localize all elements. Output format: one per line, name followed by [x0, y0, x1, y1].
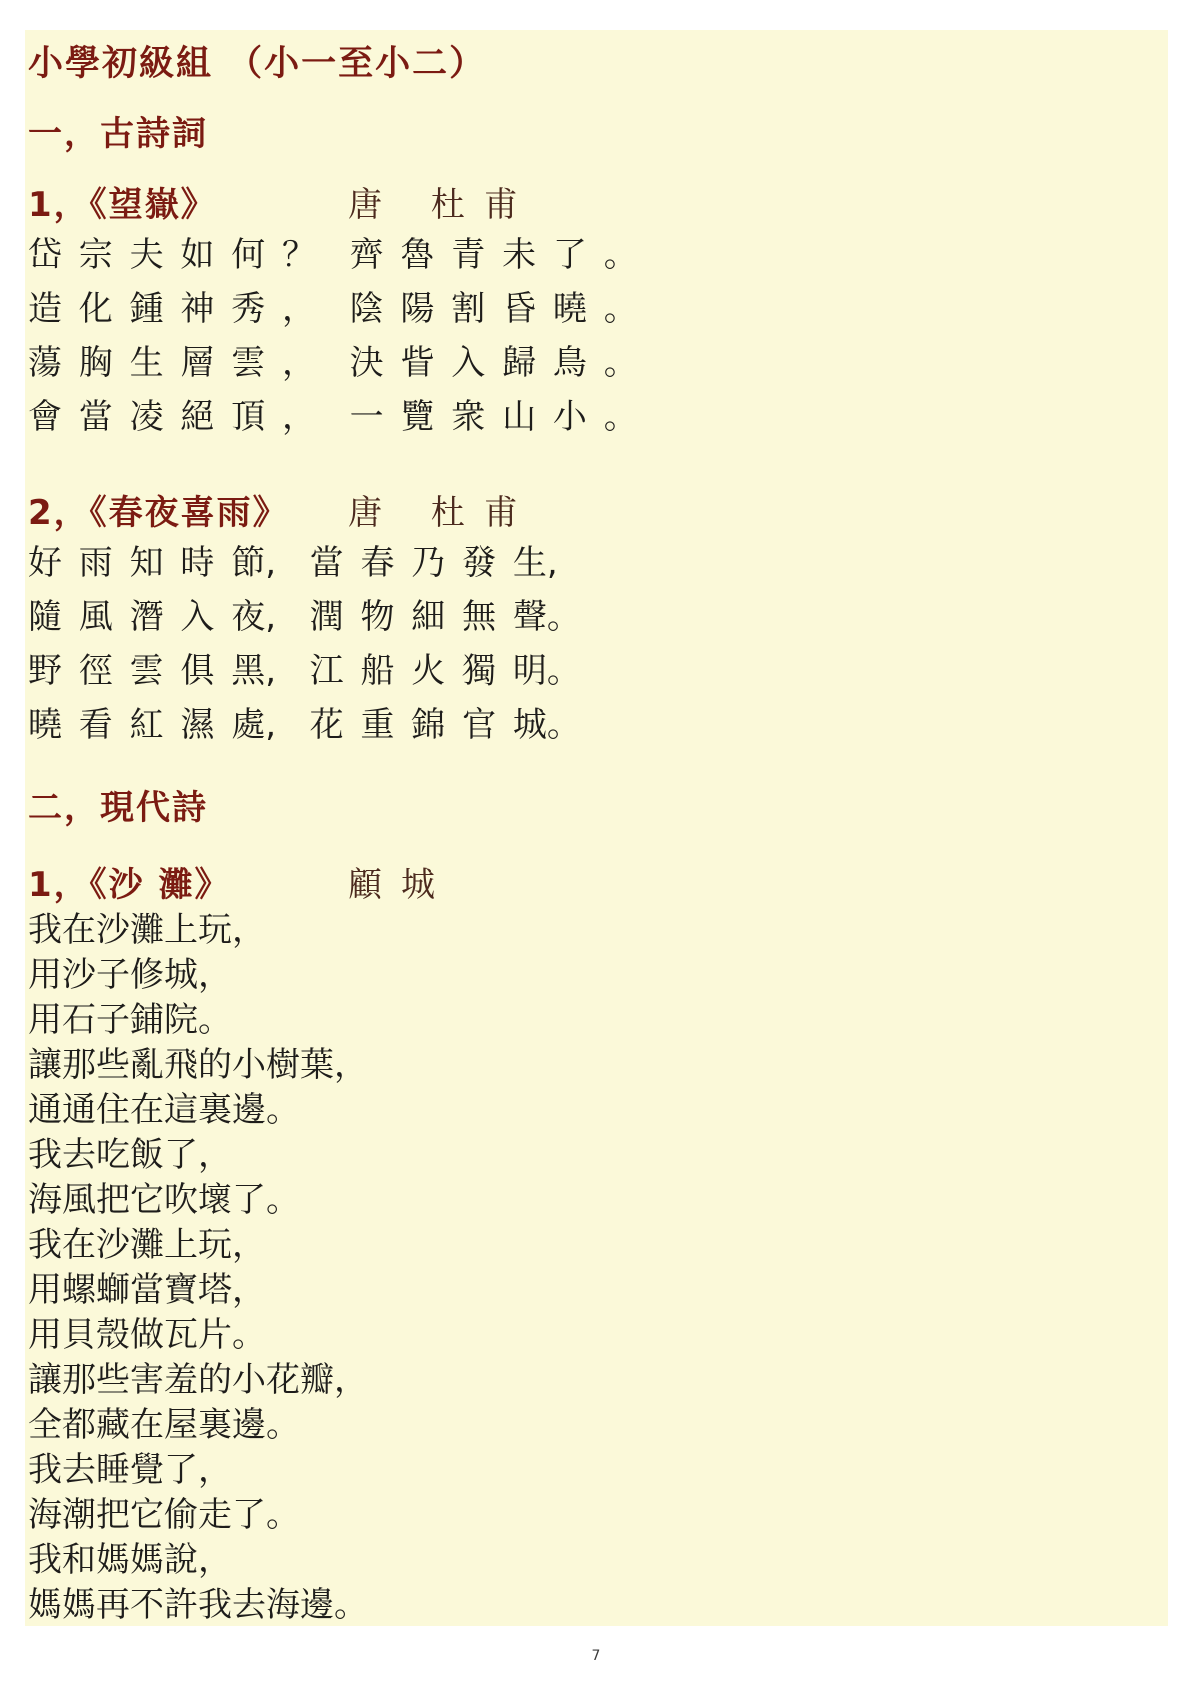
poem-author: 唐 杜甫 — [348, 490, 537, 536]
poem-line: 用沙子修城， — [28, 953, 1162, 998]
poem-line: 通通住在這裏邊。 — [28, 1088, 1162, 1133]
poem-line: 我和媽媽說， — [28, 1538, 1162, 1583]
poem-line: 媽媽再不許我去海邊。 — [28, 1583, 1162, 1626]
poem-line: 用石子鋪院。 — [28, 998, 1162, 1043]
poem-line: 隨 風 潛 入 夜, 潤 物 細 無 聲。 — [28, 590, 1162, 644]
poem-line: 我在沙灘上玩， — [28, 1223, 1162, 1268]
section-heading-modern: 二，現代詩 — [28, 788, 1162, 828]
poem-line: 蕩 胸 生 層 雲 ， 決 眥 入 歸 鳥 。 — [28, 336, 1162, 390]
section-heading-classical: 一，古詩詞 — [28, 114, 1162, 154]
group-title: 小學初級組 （小一至小二） — [28, 44, 1162, 84]
poem-line: 海潮把它偷走了。 — [28, 1493, 1162, 1538]
poem-line: 岱 宗 夫 如 何 ？ 齊 魯 青 未 了 。 — [28, 228, 1162, 282]
document-page: 小學初級組 （小一至小二） 一，古詩詞 1，《望嶽》 唐 杜甫 岱 宗 夫 如 … — [0, 0, 1192, 1684]
poem-title: 1，《望嶽》 — [28, 182, 348, 228]
poem-line: 我在沙灘上玩， — [28, 908, 1162, 953]
page-number: 7 — [0, 1648, 1192, 1664]
poem-title: 2，《春夜喜雨》 — [28, 490, 348, 536]
poem-line: 讓那些亂飛的小樹葉， — [28, 1043, 1162, 1088]
poem-line: 我去吃飯了， — [28, 1133, 1162, 1178]
poem-line: 海風把它吹壞了。 — [28, 1178, 1162, 1223]
poem-line: 用螺螄當寶塔， — [28, 1268, 1162, 1313]
poem-line: 讓那些害羞的小花瓣， — [28, 1358, 1162, 1403]
poem-author: 顧城 — [348, 862, 454, 908]
poem-title-row: 1，《沙 灘》 顧城 — [28, 862, 1162, 908]
content-area: 小學初級組 （小一至小二） 一，古詩詞 1，《望嶽》 唐 杜甫 岱 宗 夫 如 … — [25, 30, 1168, 1626]
poem-line: 好 雨 知 時 節, 當 春 乃 發 生, — [28, 536, 1162, 590]
poem-body: 岱 宗 夫 如 何 ？ 齊 魯 青 未 了 。 造 化 鍾 神 秀 ， 陰 陽 … — [28, 228, 1162, 444]
poem-title-row: 1，《望嶽》 唐 杜甫 — [28, 182, 1162, 228]
poem-line: 野 徑 雲 俱 黑, 江 船 火 獨 明。 — [28, 644, 1162, 698]
poem-line: 用貝殼做瓦片。 — [28, 1313, 1162, 1358]
poem-line: 曉 看 紅 濕 處, 花 重 錦 官 城。 — [28, 698, 1162, 752]
poem-line: 會 當 凌 絕 頂 ， 一 覽 衆 山 小 。 — [28, 390, 1162, 444]
poem-title: 1，《沙 灘》 — [28, 862, 348, 908]
poem-line: 我去睡覺了， — [28, 1448, 1162, 1493]
poem-body: 好 雨 知 時 節, 當 春 乃 發 生, 隨 風 潛 入 夜, 潤 物 細 無… — [28, 536, 1162, 752]
poem-title-row: 2，《春夜喜雨》 唐 杜甫 — [28, 490, 1162, 536]
poem-line: 全都藏在屋裏邊。 — [28, 1403, 1162, 1448]
poem-author: 唐 杜甫 — [348, 182, 537, 228]
poem-line: 造 化 鍾 神 秀 ， 陰 陽 割 昏 曉 。 — [28, 282, 1162, 336]
poem-body: 我在沙灘上玩， 用沙子修城， 用石子鋪院。 讓那些亂飛的小樹葉， 通通住在這裏邊… — [28, 908, 1162, 1626]
